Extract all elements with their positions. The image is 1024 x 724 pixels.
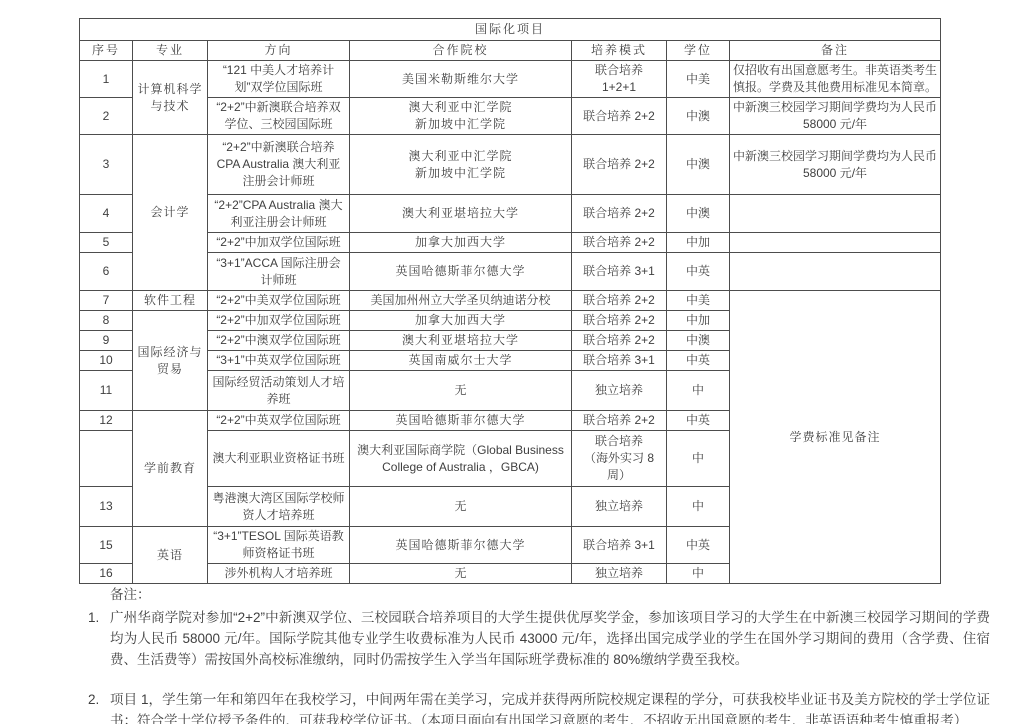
table-row: 3 会计学 “2+2”中新澳联合培养 CPA Australia 澳大利亚注册会… [80, 135, 941, 195]
table-title-row: 国际化项目 [80, 19, 941, 41]
cell-mode: 联合培养 2+2 [572, 233, 667, 253]
cell-degree: 中澳 [667, 98, 730, 135]
cell-degree: 中美 [667, 61, 730, 98]
cell-mode: 联合培养 3+1 [572, 253, 667, 291]
cell-partner: 澳大利亚堪培拉大学 [350, 195, 572, 233]
cell-direction: “3+1”TESOL 国际英语教师资格证书班 [208, 527, 350, 564]
cell-degree: 中 [667, 564, 730, 584]
header-major: 专业 [133, 41, 208, 61]
cell-partner: 无 [350, 487, 572, 527]
header-direction: 方向 [208, 41, 350, 61]
international-programs-table: 国际化项目 序号 专业 方向 合作院校 培养模式 学位 备注 1 计算机科学与技… [79, 18, 941, 584]
cell-direction: 粤港澳大湾区国际学校师资人才培养班 [208, 487, 350, 527]
header-mode: 培养模式 [572, 41, 667, 61]
cell-degree: 中澳 [667, 135, 730, 195]
cell-mode: 联合培养 2+2 [572, 135, 667, 195]
cell-direction: “2+2”中澳双学位国际班 [208, 331, 350, 351]
cell-num: 10 [80, 351, 133, 371]
cell-degree: 中加 [667, 311, 730, 331]
table-row: 6 “3+1”ACCA 国际注册会计师班 英国哈德斯菲尔德大学 联合培养 3+1… [80, 253, 941, 291]
table-row: 2 “2+2”中新澳联合培养双学位、三校园国际班 澳大利亚中汇学院 新加坡中汇学… [80, 98, 941, 135]
cell-partner: 英国哈德斯菲尔德大学 [350, 253, 572, 291]
cell-remark: 中新澳三校园学习期间学费均为人民币 58000 元/年 [730, 135, 941, 195]
cell-mode: 联合培养 2+2 [572, 331, 667, 351]
cell-remark: 中新澳三校园学习期间学费均为人民币 58000 元/年 [730, 98, 941, 135]
table-row: 5 “2+2”中加双学位国际班 加拿大加西大学 联合培养 2+2 中加 [80, 233, 941, 253]
cell-num: 13 [80, 487, 133, 527]
document-page: 国际化项目 序号 专业 方向 合作院校 培养模式 学位 备注 1 计算机科学与技… [0, 0, 1024, 724]
note-item: 1. 广州华商学院对参加“2+2”中新澳双学位、三校园联合培养项目的大学生提供优… [88, 607, 990, 670]
cell-direction: “2+2”中美双学位国际班 [208, 291, 350, 311]
cell-degree: 中澳 [667, 195, 730, 233]
cell-direction: “2+2”中英双学位国际班 [208, 411, 350, 431]
cell-direction: “2+2”CPA Australia 澳大利亚注册会计师班 [208, 195, 350, 233]
cell-mode: 独立培养 [572, 487, 667, 527]
notes-section: 备注： 1. 广州华商学院对参加“2+2”中新澳双学位、三校园联合培养项目的大学… [88, 584, 990, 724]
cell-num: 9 [80, 331, 133, 351]
cell-mode: 联合培养 2+2 [572, 98, 667, 135]
cell-partner: 澳大利亚国际商学院（Global Business College of Aus… [350, 431, 572, 487]
cell-mode: 独立培养 [572, 371, 667, 411]
cell-direction: “2+2”中新澳联合培养双学位、三校园国际班 [208, 98, 350, 135]
cell-mode: 联合培养 2+2 [572, 311, 667, 331]
cell-partner: 英国哈德斯菲尔德大学 [350, 411, 572, 431]
cell-num: 12 [80, 411, 133, 431]
cell-major-english: 英语 [133, 527, 208, 584]
cell-mode: 联合培养 2+2 [572, 411, 667, 431]
cell-direction: 涉外机构人才培养班 [208, 564, 350, 584]
table-row: 4 “2+2”CPA Australia 澳大利亚注册会计师班 澳大利亚堪培拉大… [80, 195, 941, 233]
cell-degree: 中英 [667, 253, 730, 291]
cell-mode: 联合培养 1+2+1 [572, 61, 667, 98]
cell-num-empty [80, 431, 133, 487]
cell-partner: 加拿大加西大学 [350, 311, 572, 331]
cell-num: 2 [80, 98, 133, 135]
cell-num: 8 [80, 311, 133, 331]
cell-direction: “3+1”中英双学位国际班 [208, 351, 350, 371]
cell-direction: “2+2”中新澳联合培养 CPA Australia 澳大利亚注册会计师班 [208, 135, 350, 195]
cell-degree: 中英 [667, 351, 730, 371]
cell-partner: 美国加州州立大学圣贝纳迪诺分校 [350, 291, 572, 311]
cell-num: 16 [80, 564, 133, 584]
cell-degree: 中英 [667, 411, 730, 431]
cell-major-preschool: 学前教育 [133, 411, 208, 527]
table-row: 1 计算机科学与技术 “121 中美人才培养计划”双学位国际班 美国米勒斯维尔大… [80, 61, 941, 98]
cell-partner: 加拿大加西大学 [350, 233, 572, 253]
cell-mode: 独立培养 [572, 564, 667, 584]
header-degree: 学位 [667, 41, 730, 61]
cell-mode: 联合培养 （海外实习 8 周） [572, 431, 667, 487]
note-item: 2. 项目 1，学生第一年和第四年在我校学习，中间两年需在美学习，完成并获得两所… [88, 689, 990, 724]
cell-partner: 澳大利亚中汇学院 新加坡中汇学院 [350, 135, 572, 195]
cell-direction: “2+2”中加双学位国际班 [208, 233, 350, 253]
cell-direction: 澳大利亚职业资格证书班 [208, 431, 350, 487]
cell-mode: 联合培养 3+1 [572, 351, 667, 371]
cell-num: 7 [80, 291, 133, 311]
cell-degree: 中 [667, 371, 730, 411]
notes-label: 备注： [110, 584, 990, 605]
cell-num: 1 [80, 61, 133, 98]
cell-partner: 英国南威尔士大学 [350, 351, 572, 371]
cell-num: 6 [80, 253, 133, 291]
cell-remark-empty [730, 253, 941, 291]
cell-major-software: 软件工程 [133, 291, 208, 311]
cell-degree: 中 [667, 487, 730, 527]
cell-mode: 联合培养 2+2 [572, 195, 667, 233]
cell-num: 15 [80, 527, 133, 564]
cell-degree: 中 [667, 431, 730, 487]
cell-fee-remark: 学费标准见备注 [730, 291, 941, 584]
table-title: 国际化项目 [80, 19, 941, 41]
note-text: 广州华商学院对参加“2+2”中新澳双学位、三校园联合培养项目的大学生提供优厚奖学… [110, 607, 990, 670]
header-remark: 备注 [730, 41, 941, 61]
header-num: 序号 [80, 41, 133, 61]
cell-major-trade: 国际经济与贸易 [133, 311, 208, 411]
cell-num: 5 [80, 233, 133, 253]
cell-remark-empty [730, 195, 941, 233]
cell-direction: 国际经贸活动策划人才培养班 [208, 371, 350, 411]
cell-degree: 中澳 [667, 331, 730, 351]
cell-direction: “121 中美人才培养计划”双学位国际班 [208, 61, 350, 98]
cell-partner: 英国哈德斯菲尔德大学 [350, 527, 572, 564]
note-number: 2. [88, 689, 110, 724]
table-header-row: 序号 专业 方向 合作院校 培养模式 学位 备注 [80, 41, 941, 61]
cell-num: 3 [80, 135, 133, 195]
cell-mode: 联合培养 3+1 [572, 527, 667, 564]
cell-degree: 中加 [667, 233, 730, 253]
cell-num: 4 [80, 195, 133, 233]
cell-partner: 美国米勒斯维尔大学 [350, 61, 572, 98]
cell-remark-empty [730, 233, 941, 253]
cell-major-accounting: 会计学 [133, 135, 208, 291]
note-number: 1. [88, 607, 110, 670]
cell-partner: 澳大利亚堪培拉大学 [350, 331, 572, 351]
header-partner: 合作院校 [350, 41, 572, 61]
cell-degree: 中美 [667, 291, 730, 311]
cell-direction: “3+1”ACCA 国际注册会计师班 [208, 253, 350, 291]
cell-direction: “2+2”中加双学位国际班 [208, 311, 350, 331]
cell-partner: 澳大利亚中汇学院 新加坡中汇学院 [350, 98, 572, 135]
cell-partner: 无 [350, 371, 572, 411]
cell-partner: 无 [350, 564, 572, 584]
note-text: 项目 1，学生第一年和第四年在我校学习，中间两年需在美学习，完成并获得两所院校规… [110, 689, 990, 724]
cell-num: 11 [80, 371, 133, 411]
cell-major-cs: 计算机科学与技术 [133, 61, 208, 135]
cell-degree: 中英 [667, 527, 730, 564]
cell-mode: 联合培养 2+2 [572, 291, 667, 311]
table-row: 7 软件工程 “2+2”中美双学位国际班 美国加州州立大学圣贝纳迪诺分校 联合培… [80, 291, 941, 311]
cell-remark: 仅招收有出国意愿考生。非英语类考生慎报。学费及其他费用标准见本简章。 [730, 61, 941, 98]
